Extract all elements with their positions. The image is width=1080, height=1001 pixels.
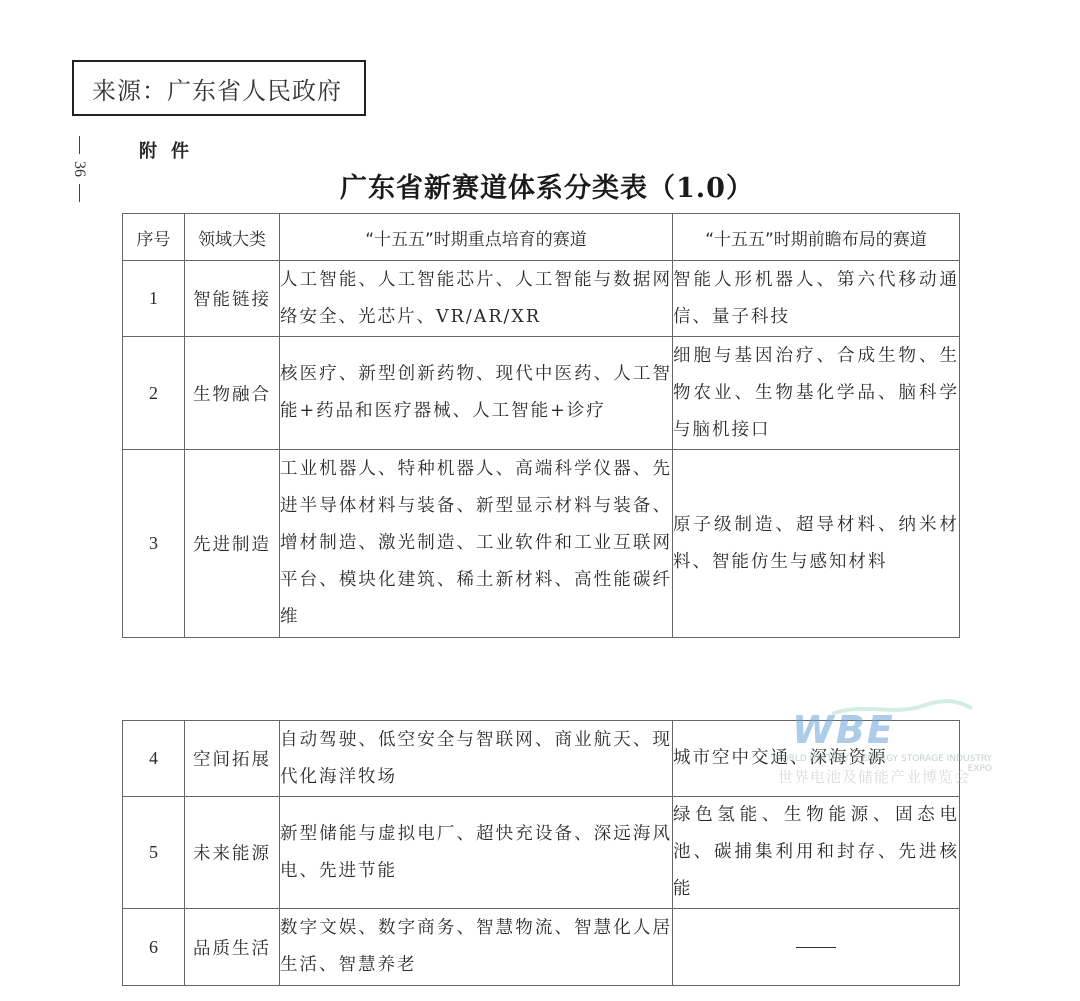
page-marker-dash-bottom [79, 184, 80, 202]
row-key-tracks: 核医疗、新型创新药物、现代中医药、人工智能+药品和医疗器械、人工智能+诊疗 [280, 337, 673, 450]
row-key-tracks: 工业机器人、特种机器人、高端科学仪器、先进半导体材料与装备、新型显示材料与装备、… [280, 450, 673, 638]
table-row: 6 品质生活 数字文娱、数字商务、智慧物流、智慧化人居生活、智慧养老 [123, 909, 960, 986]
watermark-swoosh-icon [832, 698, 972, 718]
header-category: 领域大类 [185, 214, 280, 261]
row-index: 1 [123, 261, 185, 337]
attachment-label: 附件 [139, 137, 203, 163]
empty-dash [796, 947, 836, 949]
row-key-tracks: 数字文娱、数字商务、智慧物流、智慧化人居生活、智慧养老 [280, 909, 673, 986]
row-future-tracks-empty [673, 909, 960, 986]
classification-table-part1: 序号 领域大类 “十五五”时期重点培育的赛道 “十五五”时期前瞻布局的赛道 1 … [122, 213, 960, 638]
table-header-row: 序号 领域大类 “十五五”时期重点培育的赛道 “十五五”时期前瞻布局的赛道 [123, 214, 960, 261]
header-future-tracks: “十五五”时期前瞻布局的赛道 [673, 214, 960, 261]
header-index: 序号 [123, 214, 185, 261]
row-category: 生物融合 [185, 337, 280, 450]
document-title: 广东省新赛道体系分类表（1.0） [340, 166, 754, 205]
source-text: 来源：广东省人民政府 [92, 71, 342, 106]
row-index: 3 [123, 450, 185, 638]
row-category: 空间拓展 [185, 721, 280, 797]
row-index: 6 [123, 909, 185, 986]
row-future-tracks: 原子级制造、超导材料、纳米材料、智能仿生与感知材料 [673, 450, 960, 638]
row-category: 智能链接 [185, 261, 280, 337]
row-future-tracks: 城市空中交通、深海资源 [673, 721, 960, 797]
row-key-tracks: 人工智能、人工智能芯片、人工智能与数据网络安全、光芯片、VR/AR/XR [280, 261, 673, 337]
source-box: 来源：广东省人民政府 [72, 60, 366, 116]
row-category: 未来能源 [185, 797, 280, 909]
header-key-tracks: “十五五”时期重点培育的赛道 [280, 214, 673, 261]
row-category: 品质生活 [185, 909, 280, 986]
row-index: 4 [123, 721, 185, 797]
row-index: 2 [123, 337, 185, 450]
table-row: 3 先进制造 工业机器人、特种机器人、高端科学仪器、先进半导体材料与装备、新型显… [123, 450, 960, 638]
page-number: 36 [70, 161, 88, 177]
row-key-tracks: 自动驾驶、低空安全与智联网、商业航天、现代化海洋牧场 [280, 721, 673, 797]
table-row: 1 智能链接 人工智能、人工智能芯片、人工智能与数据网络安全、光芯片、VR/AR… [123, 261, 960, 337]
row-future-tracks: 智能人形机器人、第六代移动通信、量子科技 [673, 261, 960, 337]
page-number-marker: 36 [66, 136, 92, 208]
table-row: 4 空间拓展 自动驾驶、低空安全与智联网、商业航天、现代化海洋牧场 城市空中交通… [123, 721, 960, 797]
row-future-tracks: 绿色氢能、生物能源、固态电池、碳捕集利用和封存、先进核能 [673, 797, 960, 909]
table-row: 5 未来能源 新型储能与虚拟电厂、超快充设备、深远海风电、先进节能 绿色氢能、生… [123, 797, 960, 909]
row-future-tracks: 细胞与基因治疗、合成生物、生物农业、生物基化学品、脑科学与脑机接口 [673, 337, 960, 450]
row-key-tracks: 新型储能与虚拟电厂、超快充设备、深远海风电、先进节能 [280, 797, 673, 909]
classification-table-part2: 4 空间拓展 自动驾驶、低空安全与智联网、商业航天、现代化海洋牧场 城市空中交通… [122, 720, 960, 986]
row-category: 先进制造 [185, 450, 280, 638]
table-row: 2 生物融合 核医疗、新型创新药物、现代中医药、人工智能+药品和医疗器械、人工智… [123, 337, 960, 450]
page-marker-dash-top [79, 136, 80, 154]
row-index: 5 [123, 797, 185, 909]
